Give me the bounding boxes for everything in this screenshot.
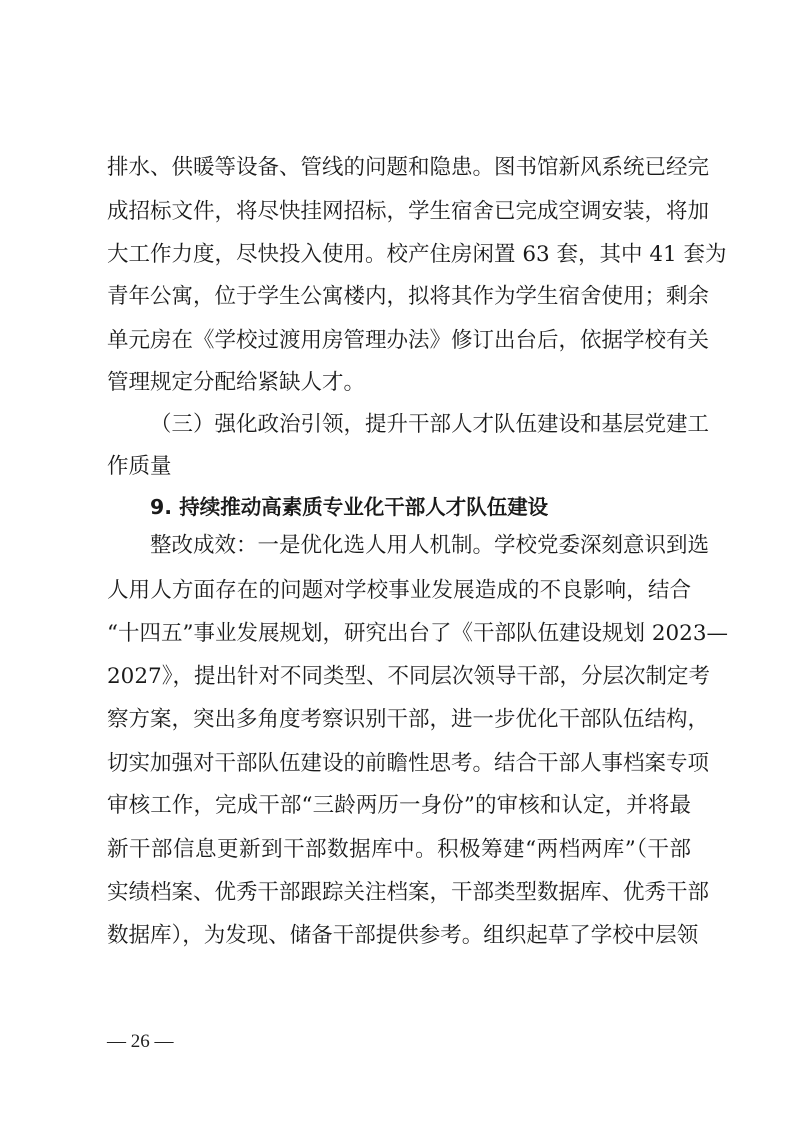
body-text-line: 大工作力度，尽快投入使用。校产住房闲置 63 套，其中 41 套为	[107, 240, 691, 270]
body-text-line: 管理规定分配给紧缺人才。	[107, 368, 691, 398]
subsection-heading: 9. 持续推动高素质专业化干部人才队伍建设	[150, 492, 691, 522]
body-text-line: 察方案，突出多角度考察识别干部，进一步优化干部队伍结构，	[107, 705, 691, 735]
document-page: 排水、供暖等设备、管线的问题和隐患。图书馆新风系统已经完 成招标文件，将尽快挂网…	[0, 0, 793, 1122]
page-number: — 26 —	[107, 1028, 174, 1056]
body-text-line: 单元房在《学校过渡用房管理办法》修订出台后，依据学校有关	[107, 326, 691, 356]
body-text-line: 排水、供暖等设备、管线的问题和隐患。图书馆新风系统已经完	[107, 153, 691, 183]
body-text-line: 切实加强对干部队伍建设的前瞻性思考。结合干部人事档案专项	[107, 749, 691, 779]
body-text-line: 数据库），为发现、储备干部提供参考。组织起草了学校中层领	[107, 921, 691, 951]
body-text-line: “十四五”事业发展规划，研究出台了《干部队伍建设规划 2023—	[107, 619, 691, 649]
body-text-line: 整改成效：一是优化选人用人机制。学校党委深刻意识到选	[150, 531, 691, 561]
body-text-line: 实绩档案、优秀干部跟踪关注档案，干部类型数据库、优秀干部	[107, 878, 691, 908]
body-text-line: 人用人方面存在的问题对学校事业发展造成的不良影响，结合	[107, 576, 691, 606]
body-text-line: 审核工作，完成干部“三龄两历一身份”的审核和认定，并将最	[107, 791, 691, 821]
section-heading-line: （三）强化政治引领，提升干部人才队伍建设和基层党建工	[150, 410, 691, 440]
body-text-line: 成招标文件，将尽快挂网招标，学生宿舍已完成空调安装，将加	[107, 197, 691, 227]
body-text-line: 2027》，提出针对不同类型、不同层次领导干部，分层次制定考	[107, 662, 691, 692]
body-text-line: 新干部信息更新到干部数据库中。积极筹建“两档两库”（干部	[107, 835, 691, 865]
body-text-line: 青年公寓，位于学生公寓楼内，拟将其作为学生宿舍使用；剩余	[107, 282, 691, 312]
section-heading-line: 作质量	[107, 452, 691, 482]
